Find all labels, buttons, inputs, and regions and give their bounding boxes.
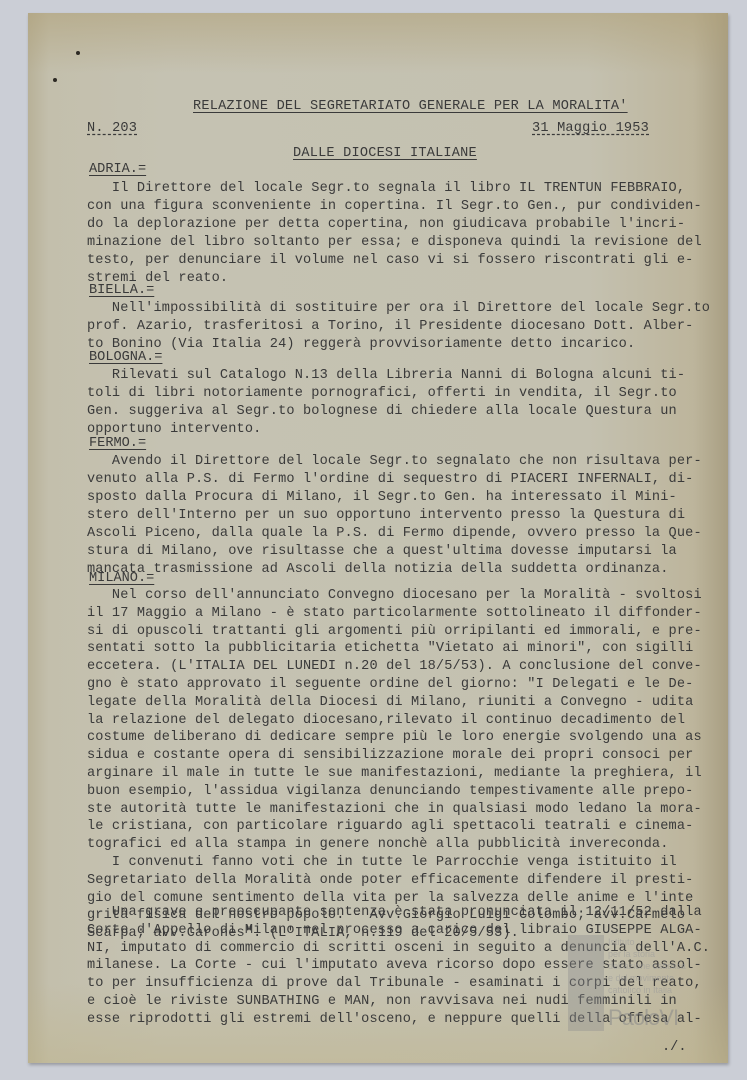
text-line: il 17 Maggio a Milano - è stato particol…	[87, 605, 717, 623]
paragraph-milano: Nel corso dell'annunciato Convegno dioce…	[87, 587, 717, 943]
text-line: opportuno intervento.	[87, 421, 717, 439]
text-line: I convenuti fanno voti che in tutte le P…	[87, 854, 717, 872]
watermark-text: dell'azione cattolica	[608, 961, 686, 972]
text-line: arginare il male in tutte le sue manifes…	[87, 765, 717, 783]
archive-watermark: Istituto per la storia dell'azione catto…	[568, 935, 708, 1035]
text-line: ste autorità tutte le manifestazioni che…	[87, 801, 717, 819]
section-title: DALLE DIOCESI ITALIANE	[293, 145, 477, 163]
text-line: do la deplorazione per detta copertina, …	[87, 216, 717, 234]
punch-mark	[53, 78, 57, 82]
text-line: Avendo il Direttore del locale Segr.to s…	[87, 453, 717, 471]
text-line: toli di libri notoriamente pornografici,…	[87, 385, 717, 403]
heading-adria: ADRIA.=	[89, 162, 146, 177]
watermark-name: PaoloVI	[608, 1005, 678, 1031]
text-line: Segretariato della Moralità onde poter e…	[87, 872, 717, 890]
text-line: stura di Milano, ove risultasse che a qu…	[87, 543, 717, 561]
text-line: venuto alla P.S. di Fermo l'ordine di se…	[87, 471, 717, 489]
text-line: le cristiana, con particolare riguardo a…	[87, 818, 717, 836]
paragraph-adria: Il Direttore del locale Segr.to segnala …	[87, 180, 717, 288]
text-line: to Bonino (Via Italia 24) reggerà provvi…	[87, 336, 717, 354]
text-line: con una figura sconveniente in copertina…	[87, 198, 717, 216]
text-line: Nel corso dell'annunciato Convegno dioce…	[87, 587, 717, 605]
text-line: sidua e costante opera di sensibilizzazi…	[87, 747, 717, 765]
watermark-text: per la storia	[608, 949, 655, 960]
heading-fermo: FERMO.=	[89, 436, 146, 451]
text-line: legate della Moralità della Diocesi di M…	[87, 694, 717, 712]
paragraph-bologna: Rilevati sul Catalogo N.13 della Libreri…	[87, 367, 717, 439]
text-line: stremi del reato.	[87, 270, 717, 288]
text-line: Nell'impossibilità di sostituire per ora…	[87, 300, 717, 318]
text-line: Rilevati sul Catalogo N.13 della Libreri…	[87, 367, 717, 385]
punch-mark	[76, 51, 80, 55]
isacem-logo-icon	[568, 935, 604, 1031]
watermark-text: e del movimento	[608, 973, 674, 984]
heading-milano: MILANO.=	[89, 571, 154, 586]
watermark-text: cattolico in Italia	[608, 985, 672, 996]
text-line: buon esempio, l'assidua vigilanza denunc…	[87, 783, 717, 801]
text-line: stero dell'Interno per un suo opportuno …	[87, 507, 717, 525]
paragraph-biella: Nell'impossibilità di sostituire per ora…	[87, 300, 717, 354]
text-line: Gen. suggeriva al Segr.to bolognese di c…	[87, 403, 717, 421]
text-line: prof. Azario, trasferitosi a Torino, il …	[87, 318, 717, 336]
text-line: si di opuscoli trattanti gli argomenti p…	[87, 623, 717, 641]
heading-bologna: BOLOGNA.=	[89, 350, 162, 365]
continuation-mark: ./.	[662, 1040, 686, 1055]
text-line: sentati sotto la pubblicitaria etichetta…	[87, 640, 717, 658]
text-line: mancata trasmissione ad Ascoli della not…	[87, 561, 717, 579]
text-line: Il Direttore del locale Segr.to segnala …	[87, 180, 717, 198]
document-date: 31 Maggio 1953	[532, 120, 649, 138]
text-line: la relazione del delegato diocesano,rile…	[87, 712, 717, 730]
text-line: minazione del libro soltanto per essa; e…	[87, 234, 717, 252]
paragraph-fermo: Avendo il Direttore del locale Segr.to s…	[87, 453, 717, 579]
text-line: Ascoli Piceno, dalla quale la P.S. di Fe…	[87, 525, 717, 543]
text-line: gno è stato approvato il seguente ordine…	[87, 676, 717, 694]
text-line: costume deliberano di dedicare sempre pi…	[87, 729, 717, 747]
document-title: RELAZIONE DEL SEGRETARIATO GENERALE PER …	[193, 98, 628, 116]
watermark-text: Istituto	[608, 937, 635, 948]
text-line: testo, per denunciare il volume nel caso…	[87, 252, 717, 270]
document-number: N. 203	[87, 120, 137, 138]
text-line: Una grave e preoccupante sentenza è stat…	[87, 904, 717, 922]
heading-biella: BIELLA.=	[89, 283, 154, 298]
text-line: tografici ed alla stampa in genere nonch…	[87, 836, 717, 854]
text-line: sposto dalla Procura di Milano, il Segr.…	[87, 489, 717, 507]
text-line: eccetera. (L'ITALIA DEL LUNEDI n.20 del …	[87, 658, 717, 676]
